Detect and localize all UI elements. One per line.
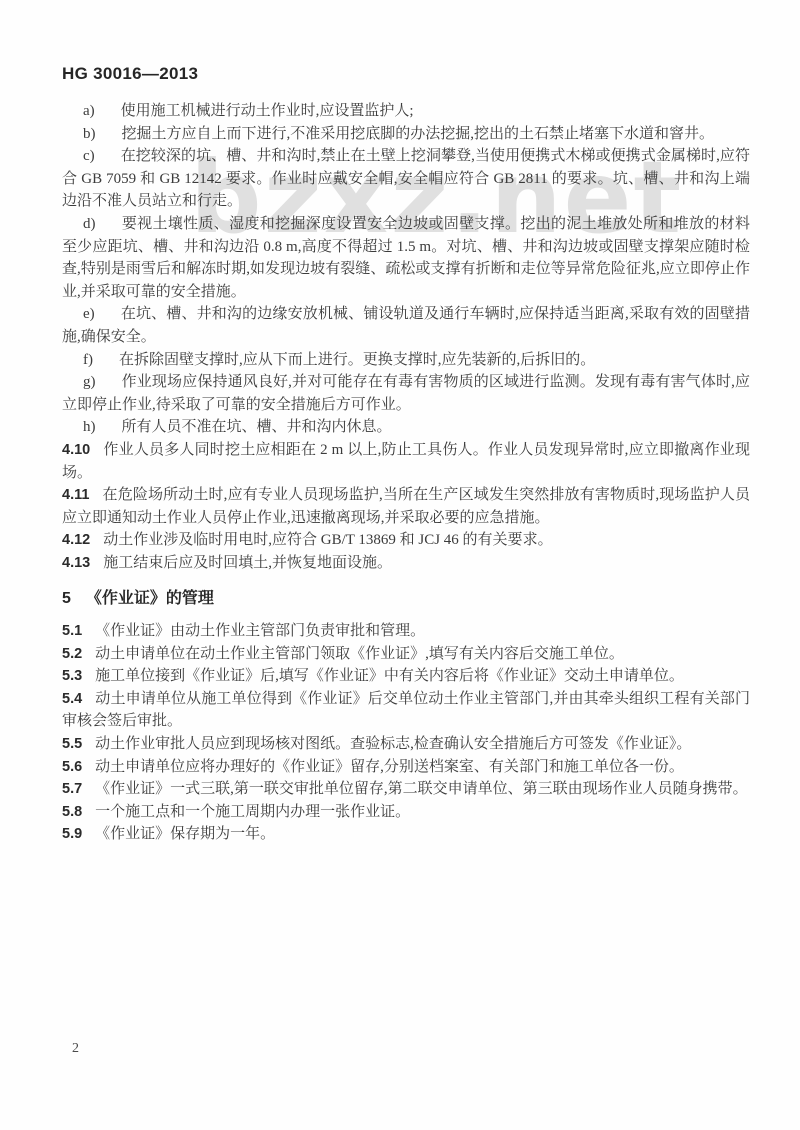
paragraph-text: 在危险场所动土时,应有专业人员现场监护,当所在生产区域发生突然排放有害物质时,现… [62,487,750,526]
clause-paragraph: 5.1《作业证》由动土作业主管部门负责审批和管理。 [62,620,750,643]
clause-paragraph: 4.10作业人员多人同时挖土应相距在 2 m 以上,防止工具伤人。作业人员发现异… [62,439,750,484]
lettered-item-paragraph: e)在坑、槽、井和沟的边缘安放机械、铺设轨道及通行车辆时,应保持适当距离,采取有… [62,303,750,348]
clause-paragraph: 5.5动土作业审批人员应到现场核对图纸。查验标志,检查确认安全措施后方可签发《作… [62,733,750,756]
clause-paragraph: 5.9《作业证》保存期为一年。 [62,823,750,846]
clause-number: 4.10 [62,442,90,458]
paragraph-text: 施工结束后应及时回填土,并恢复地面设施。 [103,555,392,571]
clause-number: 5.9 [62,826,82,842]
paragraph-text: 挖掘土方应自上而下进行,不准采用挖底脚的办法挖掘,挖出的土石禁止堵塞下水道和窨井… [122,126,715,142]
paragraph-text: 动土申请单位从施工单位得到《作业证》后交单位动土作业主管部门,并由其牵头组织工程… [62,691,750,730]
paragraph-text: 在坑、槽、井和沟的边缘安放机械、铺设轨道及通行车辆时,应保持适当距离,采取有效的… [62,306,750,345]
paragraph-text: 所有人员不准在坑、槽、井和沟内休息。 [122,419,392,435]
page-number: 2 [72,1041,79,1057]
lettered-item-paragraph: h)所有人员不准在坑、槽、井和沟内休息。 [62,416,750,439]
clause-paragraph: 4.12动土作业涉及临时用电时,应符合 GB/T 13869 和 JCJ 46 … [62,529,750,552]
paragraph-text: 在挖较深的坑、槽、井和沟时,禁止在土壁上挖洞攀登,当使用便携式木梯或便携式金属梯… [62,148,750,209]
lettered-item-paragraph: d)要视土壤性质、湿度和挖掘深度设置安全边坡或固壁支撑。挖出的泥土堆放处所和堆放… [62,213,750,303]
clause-number: 5.2 [62,646,82,662]
paragraph-text: 《作业证》的管理 [86,590,214,607]
clause-paragraph: 4.11在危险场所动土时,应有专业人员现场监护,当所在生产区域发生突然排放有害物… [62,484,750,529]
paragraph-text: 动土申请单位在动土作业主管部门领取《作业证》,填写有关内容后交施工单位。 [95,646,624,662]
item-letter: d) [83,216,96,232]
lettered-item-paragraph: a)使用施工机械进行动土作业时,应设置监护人; [62,100,750,123]
clause-paragraph: 5.8一个施工点和一个施工周期内办理一张作业证。 [62,801,750,824]
clause-number: 5.1 [62,623,82,639]
paragraph-text: 《作业证》一式三联,第一联交审批单位留存,第二联交申请单位、第三联由现场作业人员… [95,781,748,797]
section-number: 5 [62,590,71,607]
paragraph-text: 使用施工机械进行动土作业时,应设置监护人; [121,103,414,119]
clause-paragraph: 5.7《作业证》一式三联,第一联交审批单位留存,第二联交申请单位、第三联由现场作… [62,778,750,801]
paragraph-text: 《作业证》保存期为一年。 [95,826,275,842]
lettered-item-paragraph: g)作业现场应保持通风良好,并对可能存在有毒有害物质的区域进行监测。发现有毒有害… [62,371,750,416]
paragraph-text: 动土作业涉及临时用电时,应符合 GB/T 13869 和 JCJ 46 的有关要… [103,532,552,548]
clause-number: 5.7 [62,781,82,797]
paragraph-text: 施工单位接到《作业证》后,填写《作业证》中有关内容后将《作业证》交动土申请单位。 [95,668,684,684]
clause-number: 5.6 [62,759,82,775]
standard-number-header: HG 30016—2013 [62,64,198,84]
paragraph-text: 作业现场应保持通风良好,并对可能存在有毒有害物质的区域进行监测。发现有毒有害气体… [62,374,750,413]
clause-number: 4.11 [62,487,89,503]
item-letter: h) [83,419,96,435]
clause-number: 5.3 [62,668,82,684]
clause-paragraph: 4.13施工结束后应及时回填土,并恢复地面设施。 [62,552,750,575]
clause-paragraph: 5.4动土申请单位从施工单位得到《作业证》后交单位动土作业主管部门,并由其牵头组… [62,688,750,733]
document-page: bzxz.net HG 30016—2013 a)使用施工机械进行动土作业时,应… [0,0,800,1130]
paragraph-text: 作业人员多人同时挖土应相距在 2 m 以上,防止工具伤人。作业人员发现异常时,应… [62,442,750,481]
lettered-item-paragraph: f)在拆除固壁支撑时,应从下而上进行。更换支撑时,应先装新的,后拆旧的。 [62,349,750,372]
lettered-item-paragraph: c)在挖较深的坑、槽、井和沟时,禁止在土壁上挖洞攀登,当使用便携式木梯或便携式金… [62,145,750,213]
paragraph-text: 要视土壤性质、湿度和挖掘深度设置安全边坡或固壁支撑。挖出的泥土堆放处所和堆放的材… [62,216,750,300]
clause-paragraph: 5.6动土申请单位应将办理好的《作业证》留存,分别送档案室、有关部门和施工单位各… [62,756,750,779]
clause-paragraph: 5.3施工单位接到《作业证》后,填写《作业证》中有关内容后将《作业证》交动土申请… [62,665,750,688]
item-letter: e) [83,306,95,322]
lettered-item-paragraph: b)挖掘土方应自上而下进行,不准采用挖底脚的办法挖掘,挖出的土石禁止堵塞下水道和… [62,123,750,146]
item-letter: c) [83,148,95,164]
item-letter: a) [83,103,95,119]
item-letter: b) [83,126,96,142]
item-letter: f) [83,352,93,368]
paragraph-text: 《作业证》由动土作业主管部门负责审批和管理。 [95,623,425,639]
document-body: a)使用施工机械进行动土作业时,应设置监护人;b)挖掘土方应自上而下进行,不准采… [62,100,750,846]
clause-paragraph: 5.2动土申请单位在动土作业主管部门领取《作业证》,填写有关内容后交施工单位。 [62,643,750,666]
clause-number: 4.13 [62,555,90,571]
clause-number: 5.4 [62,691,82,707]
paragraph-text: 动土申请单位应将办理好的《作业证》留存,分别送档案室、有关部门和施工单位各一份。 [95,759,684,775]
item-letter: g) [83,374,96,390]
paragraph-text: 在拆除固壁支撑时,应从下而上进行。更换支撑时,应先装新的,后拆旧的。 [119,352,595,368]
clause-number: 5.5 [62,736,82,752]
section-heading: 5《作业证》的管理 [62,588,750,611]
clause-number: 5.8 [62,804,82,820]
paragraph-text: 动土作业审批人员应到现场核对图纸。查验标志,检查确认安全措施后方可签发《作业证》… [95,736,691,752]
paragraph-text: 一个施工点和一个施工周期内办理一张作业证。 [95,804,410,820]
clause-number: 4.12 [62,532,90,548]
